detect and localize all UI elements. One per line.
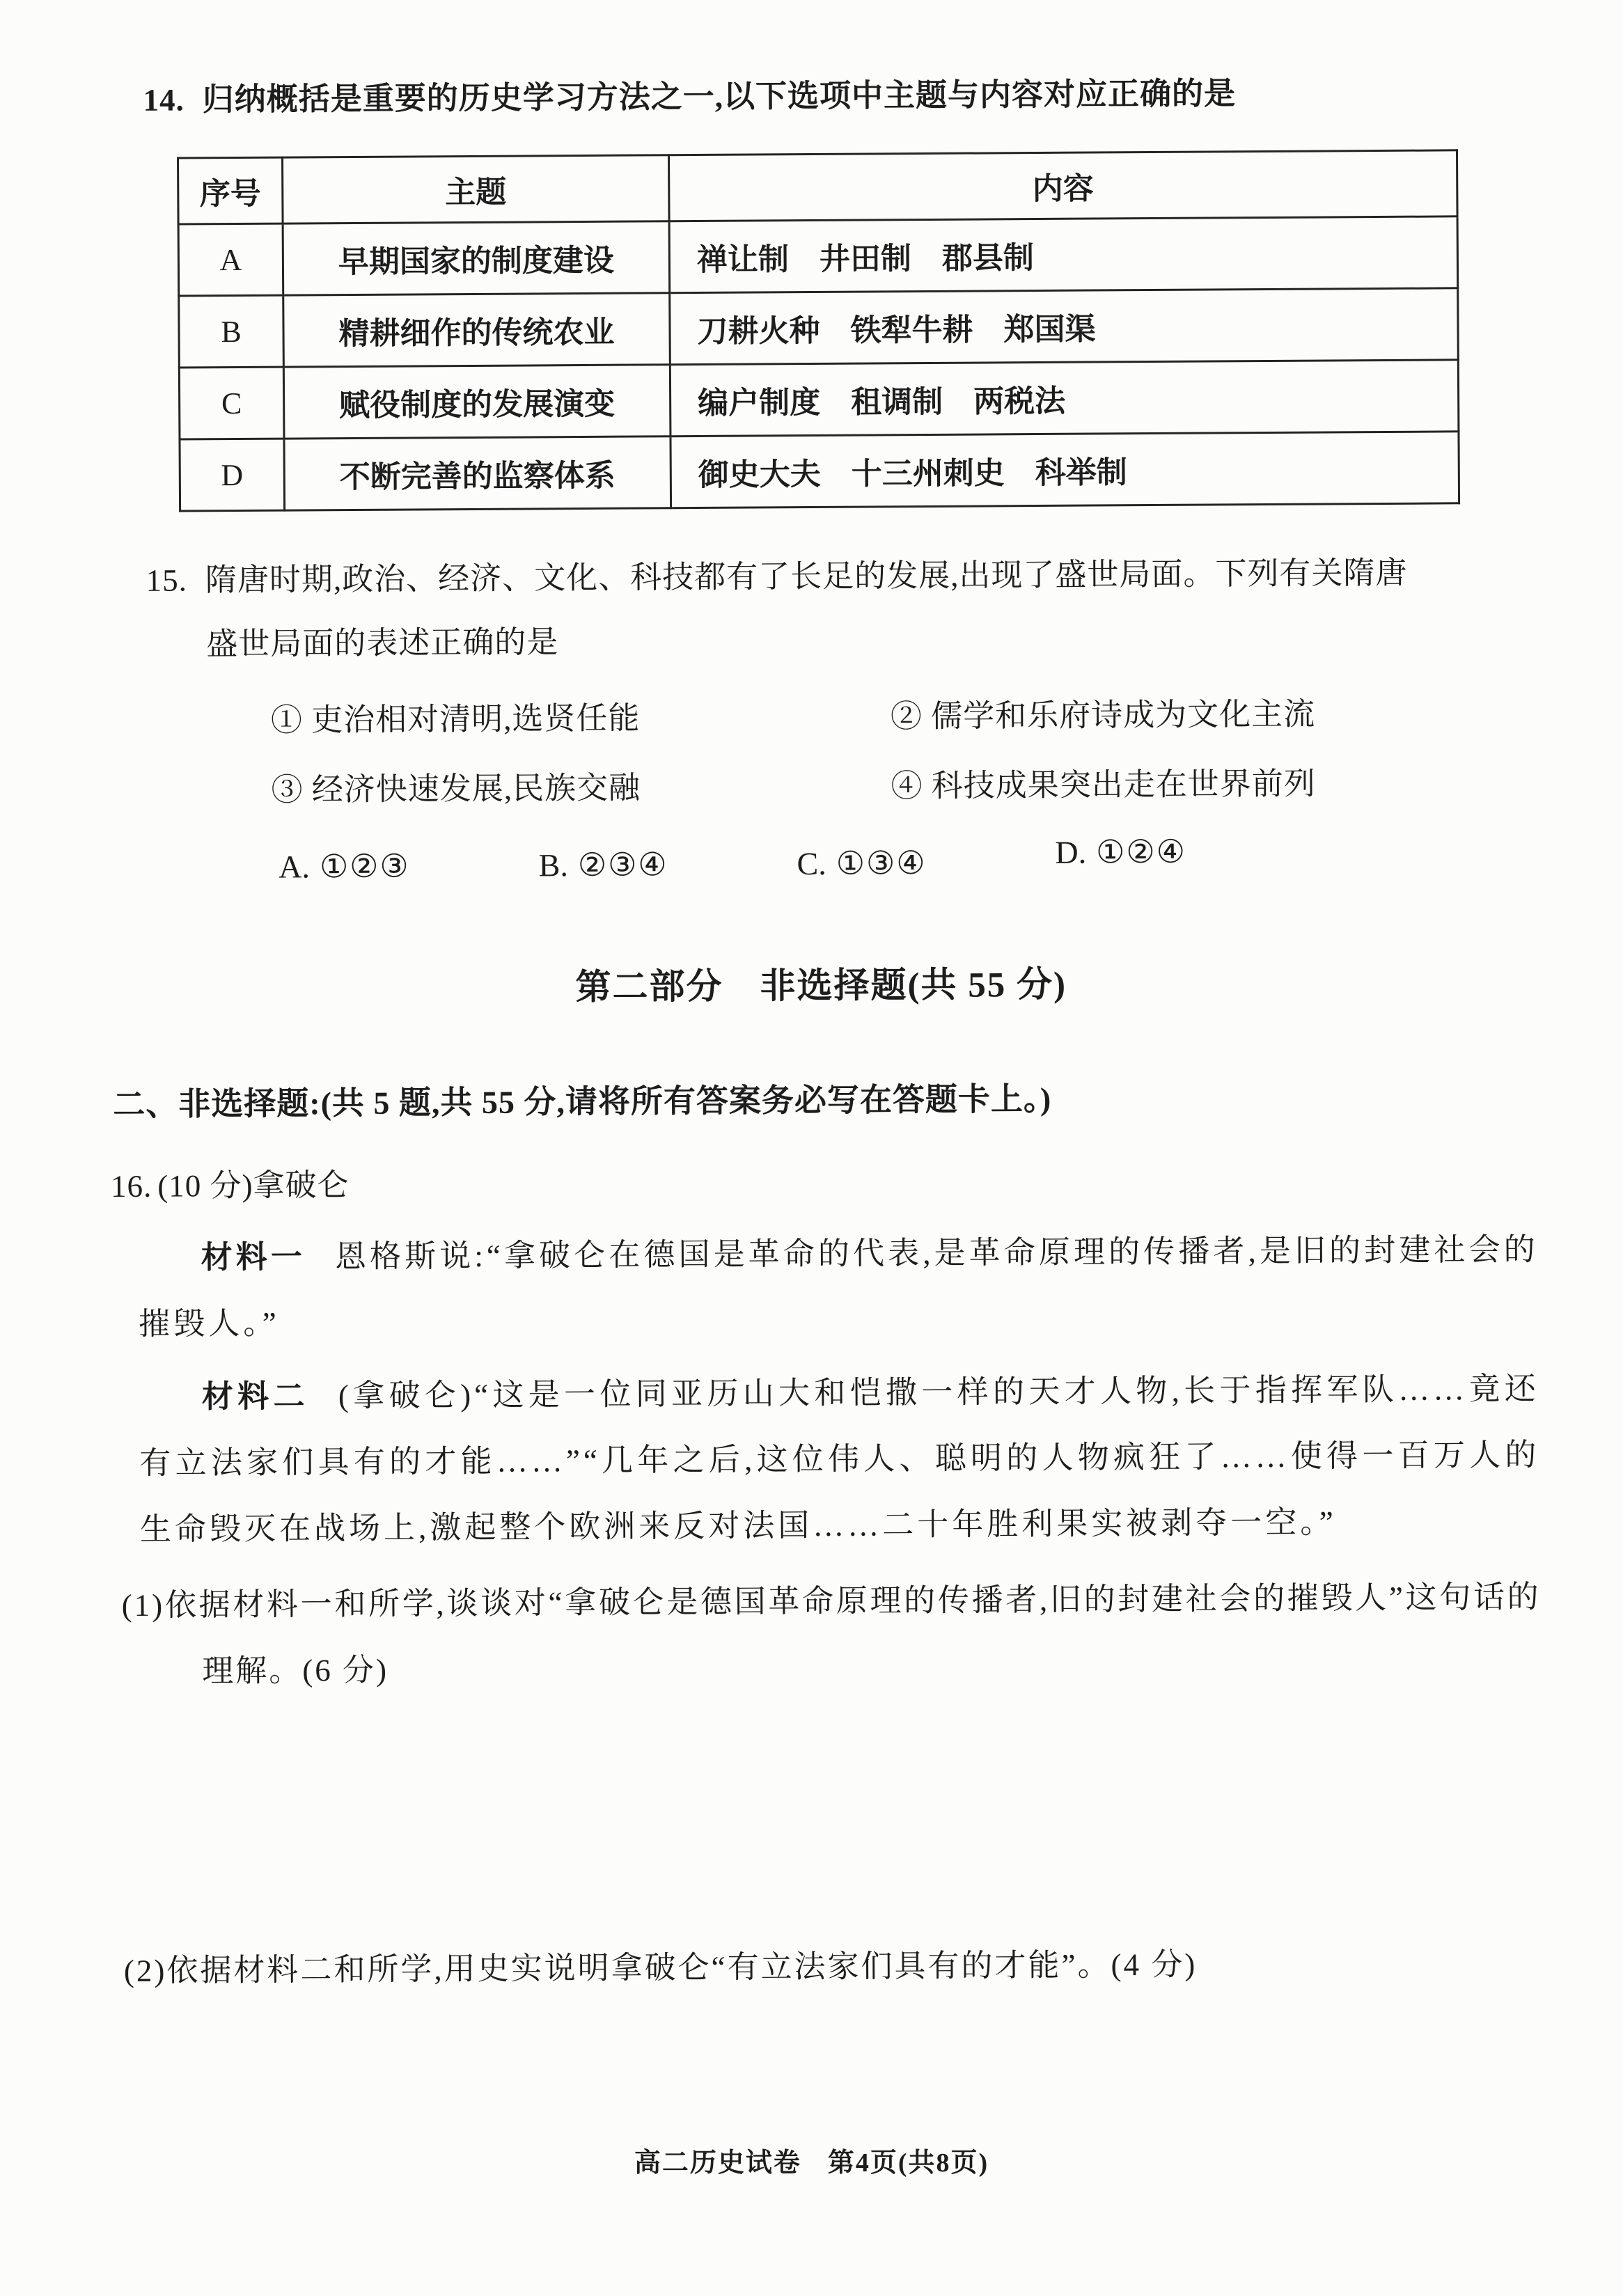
choice-d: D.①②④ bbox=[1055, 821, 1186, 884]
choice-d-value: ①②④ bbox=[1096, 834, 1186, 870]
row-c-theme: 赋役制度的发展演变 bbox=[283, 365, 671, 439]
option-1: ① 吏治相对清明,选贤任能 bbox=[271, 682, 891, 755]
row-c-option: C bbox=[179, 367, 284, 439]
question-15-text: 隋唐时期,政治、经济、文化、科技都有了长足的发展,出现了盛世局面。下列有关隋唐 bbox=[205, 556, 1408, 598]
question-15-options: ① 吏治相对清明,选贤任能 ② 儒学和乐府诗成为文化主流 ③ 经济快速发展,民族… bbox=[271, 678, 1536, 825]
material-2-text: (拿破仑)“这是一位同亚历山大和恺撒一样的天才人物,长于指挥军队……竟还有立法家… bbox=[139, 1371, 1539, 1547]
row-d-theme: 不断完善的监察体系 bbox=[284, 437, 671, 510]
row-b-theme: 精耕细作的传统农业 bbox=[283, 293, 671, 367]
choice-d-label: D. bbox=[1055, 835, 1086, 870]
exam-page: 14.归纳概括是重要的历史学习方法之一,以下选项中主题与内容对应正确的是 序号 … bbox=[0, 0, 1623, 2296]
footer-page-number: 第4页(共8页) bbox=[828, 2148, 989, 2178]
option-4-label: ④ bbox=[891, 769, 923, 803]
question-16-title: (10 分)拿破仑 bbox=[157, 1167, 350, 1204]
table-row: B 精耕细作的传统农业 刀耕火种 铁犁牛耕 郑国渠 bbox=[179, 288, 1459, 368]
option-2: ② 儒学和乐府诗成为文化主流 bbox=[891, 678, 1536, 752]
page-footer: 高二历史试卷第4页(共8页) bbox=[0, 2141, 1623, 2179]
material-2-paragraph: 材料二(拿破仑)“这是一位同亚历山大和恺撒一样的天才人物,长于指挥军队……竟还有… bbox=[139, 1356, 1541, 1563]
question-16-number: 16. bbox=[111, 1169, 152, 1204]
section-2-instruction: 二、非选择题:(共 5 题,共 55 分,请将所有答案务必写在答题卡上。) bbox=[113, 1071, 1537, 1125]
choice-b-label: B. bbox=[539, 847, 568, 883]
option-1-label: ① bbox=[271, 702, 303, 737]
option-2-text: 儒学和乐府诗成为文化主流 bbox=[931, 697, 1315, 734]
option-3-text: 经济快速发展,民族交融 bbox=[312, 770, 641, 807]
row-b-option: B bbox=[179, 295, 284, 368]
question-15-choices: A.①②③ B.②③④ C.①③④ D.①②④ bbox=[279, 828, 1537, 899]
question-15-number: 15. bbox=[146, 563, 188, 597]
question-15-stem-line1: 15.隋唐时期,政治、经济、文化、科技都有了长足的发展,出现了盛世局面。下列有关… bbox=[146, 540, 1535, 613]
row-c-content: 编户制度 租调制 两税法 bbox=[670, 360, 1459, 437]
table-row: C 赋役制度的发展演变 编户制度 租调制 两税法 bbox=[179, 360, 1459, 439]
row-b-content: 刀耕火种 铁犁牛耕 郑国渠 bbox=[670, 288, 1459, 365]
exam-content: 14.归纳概括是重要的历史学习方法之一,以下选项中主题与内容对应正确的是 序号 … bbox=[0, 59, 1623, 2005]
table-row: D 不断完善的监察体系 御史大夫 十三州刺史 科举制 bbox=[180, 432, 1459, 511]
question-16-sub1: (1)依据材料一和所学,谈谈对“拿破仑是德国革命原理的传播者,旧的封建社会的摧毁… bbox=[121, 1564, 1541, 1705]
table-header-option: 序号 bbox=[178, 157, 283, 224]
table-row: A 早期国家的制度建设 禅让制 井田制 郡县制 bbox=[178, 217, 1458, 296]
choice-c-value: ①③④ bbox=[836, 845, 927, 881]
table-header-theme: 主题 bbox=[283, 155, 670, 223]
question-14-table: 序号 主题 内容 A 早期国家的制度建设 禅让制 井田制 郡县制 B 精耕细作的… bbox=[177, 149, 1460, 512]
material-2-label: 材料二 bbox=[202, 1378, 309, 1414]
row-d-content: 御史大夫 十三州刺史 科举制 bbox=[671, 432, 1459, 508]
option-2-label: ② bbox=[891, 699, 923, 734]
question-14-stem: 14.归纳概括是重要的历史学习方法之一,以下选项中主题与内容对应正确的是 bbox=[143, 60, 1532, 132]
material-1-paragraph: 材料一恩格斯说:“拿破仑在德国是革命的代表,是革命原理的传播者,是旧的封建社会的… bbox=[138, 1217, 1539, 1358]
table-header-content: 内容 bbox=[668, 150, 1457, 221]
option-1-text: 吏治相对清明,选贤任能 bbox=[311, 701, 641, 738]
row-a-theme: 早期国家的制度建设 bbox=[283, 221, 670, 295]
row-d-option: D bbox=[180, 439, 285, 511]
question-16-header: 16.(10 分)拿破仑 bbox=[111, 1146, 1539, 1219]
choice-c: C.①③④ bbox=[797, 832, 926, 895]
choice-a: A.①②③ bbox=[279, 835, 410, 899]
table-header-row: 序号 主题 内容 bbox=[178, 150, 1458, 224]
row-a-content: 禅让制 井田制 郡县制 bbox=[669, 217, 1458, 293]
question-14-number: 14. bbox=[143, 82, 185, 117]
material-1-text: 恩格斯说:“拿破仑在德国是革命的代表,是革命原理的传播者,是旧的封建社会的摧毁人… bbox=[139, 1232, 1539, 1342]
option-4-text: 科技成果突出走在世界前列 bbox=[932, 766, 1316, 803]
section-2-heading: 第二部分 非选择题(共 55 分) bbox=[105, 952, 1537, 1013]
choice-b-value: ②③④ bbox=[578, 847, 668, 883]
choice-b: B.②③④ bbox=[538, 833, 668, 897]
row-a-option: A bbox=[178, 223, 283, 296]
option-3-label: ③ bbox=[271, 772, 303, 807]
question-16-sub2: (2)依据材料二和所学,用史实说明拿破仑“有立法家们具有的才能”。(4 分) bbox=[124, 1930, 1544, 2004]
material-1-label: 材料一 bbox=[201, 1239, 306, 1275]
choice-c-label: C. bbox=[797, 846, 826, 881]
option-4: ④ 科技成果突出走在世界前列 bbox=[891, 748, 1536, 821]
question-15-stem-line2: 盛世局面的表述正确的是 bbox=[206, 604, 1535, 677]
option-3: ③ 经济快速发展,民族交融 bbox=[271, 751, 891, 824]
choice-a-label: A. bbox=[279, 849, 310, 884]
question-14-text: 归纳概括是重要的历史学习方法之一,以下选项中主题与内容对应正确的是 bbox=[203, 76, 1237, 117]
choice-a-value: ①②③ bbox=[320, 849, 410, 885]
footer-exam-name: 高二历史试卷 bbox=[634, 2148, 801, 2178]
